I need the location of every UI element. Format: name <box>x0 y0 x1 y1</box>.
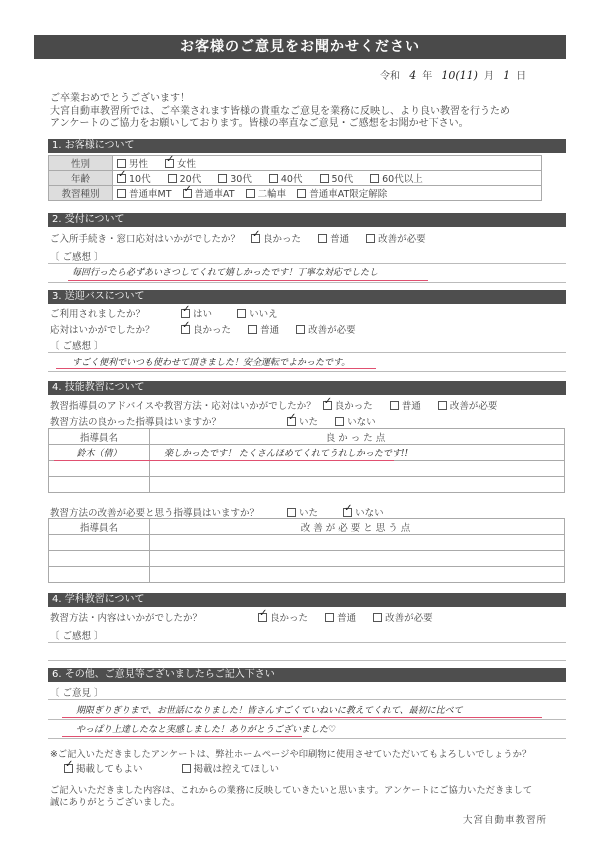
option-label: 良かった <box>263 234 301 245</box>
option-female[interactable]: 女性 <box>165 156 196 170</box>
table-row <box>49 551 565 567</box>
table-row <box>49 461 565 477</box>
option-needs-improvement[interactable]: 改善が必要 <box>296 322 356 336</box>
other-comment-line[interactable]: 期限ぎりぎりまで、お世話になりました！皆さんすごくていねいに教えてくれて、最初に… <box>76 703 463 716</box>
table-header: 指導員名 改善が必要と思う点 <box>49 519 565 535</box>
option-50s[interactable]: 50代 <box>320 171 354 185</box>
checkbox[interactable] <box>182 764 191 773</box>
option-label: いない <box>347 417 376 428</box>
row-label: 年齢 <box>49 171 113 186</box>
option-label: 改善が必要 <box>378 234 426 245</box>
option-label: 良かった <box>335 401 373 412</box>
checkbox[interactable] <box>117 159 126 168</box>
section-3-header: 3. 送迎バスについて <box>48 290 566 304</box>
improvement-point[interactable] <box>150 535 565 551</box>
option-needs-improvement[interactable]: 改善が必要 <box>373 610 433 624</box>
option-male[interactable]: 男性 <box>117 156 148 170</box>
course-options: 普通車MT 普通車AT 二輪車 普通車AT限定解除 <box>113 186 542 201</box>
improvement-point[interactable] <box>150 567 565 583</box>
option-yes[interactable]: いた <box>287 414 318 428</box>
option-60s-plus[interactable]: 60代以上 <box>370 171 423 185</box>
underline-mark <box>62 717 542 718</box>
checkbox-checked[interactable] <box>343 508 352 517</box>
option-yes[interactable]: いた <box>287 505 318 519</box>
checkbox[interactable] <box>335 417 344 426</box>
day-value[interactable]: 1 <box>503 69 510 82</box>
divider <box>48 282 566 283</box>
column-header: 指導員名 <box>49 429 150 445</box>
divider <box>48 263 566 264</box>
table-row <box>49 535 565 551</box>
divider <box>48 719 566 720</box>
section-5-header: 4. 学科教習について <box>48 593 566 607</box>
divider <box>48 699 566 700</box>
option-normal[interactable]: 普通 <box>390 398 421 412</box>
checkbox[interactable] <box>438 401 447 410</box>
option-normal[interactable]: 普通 <box>318 231 349 245</box>
table-row <box>49 477 565 493</box>
question-text: 教習方法の改善が必要と思う指導員はいますか？ <box>50 505 284 519</box>
bus-used-question: ご利用されましたか？ はい いいえ <box>50 306 292 320</box>
option-label: 40代 <box>281 174 303 185</box>
column-header: 指導員名 <box>49 519 150 535</box>
improvement-point[interactable] <box>150 551 565 567</box>
option-normal[interactable]: 普通 <box>248 322 279 336</box>
column-header: 改善が必要と思う点 <box>150 519 565 535</box>
month-value[interactable]: 10(11) <box>441 69 478 82</box>
comment-label: 〔 ご感想 〕 <box>50 338 104 352</box>
closing-line: 誠にありがとうございました。 <box>50 797 532 809</box>
comment-label: 〔 ご意見 〕 <box>50 685 104 699</box>
underline-mark <box>54 460 394 461</box>
checkbox[interactable] <box>370 174 379 183</box>
option-mt[interactable]: 普通車MT <box>117 186 172 200</box>
good-point[interactable] <box>150 477 565 493</box>
question-text: ご入所手続き・窓口応対はいかがでしたか？ <box>50 234 240 245</box>
divider <box>48 371 566 372</box>
other-comment-line[interactable]: やっぱり上達したなと実感しました！ありがとうございました♡ <box>76 722 336 735</box>
gender-options: 男性 女性 <box>113 156 542 171</box>
intro-text: ご卒業おめでとうございます！ 大宮自動車教習所では、ご卒業されます皆様の貴重なご… <box>50 93 510 131</box>
instructor-name[interactable] <box>49 477 150 493</box>
option-needs-improvement[interactable]: 改善が必要 <box>438 398 498 412</box>
form-title: お客様のご意見をお聞かせください <box>34 35 566 59</box>
day-label: 日 <box>516 71 526 82</box>
divider <box>48 660 566 661</box>
option-yes[interactable]: はい <box>181 306 212 320</box>
intro-line: アンケートのご協力をお願いしております。皆様の率直なご意見・ご感想をお聞かせ下さ… <box>50 118 510 131</box>
question-text: 応対はいかがでしたか？ <box>50 322 178 336</box>
option-good[interactable]: 良かった <box>181 322 231 336</box>
instructor-name[interactable] <box>49 567 150 583</box>
reception-question: ご入所手続き・窓口応対はいかがでしたか？ 良かった 普通 改善が必要 <box>50 231 440 245</box>
date: 令和 4年 10(11)月 1日 <box>380 67 526 82</box>
signature: 大宮自動車教習所 <box>463 812 547 826</box>
table-row: 鈴木（倩） 楽しかったです！ たくさんほめてくれてうれしかったです!! <box>49 445 565 461</box>
checkbox-checked[interactable] <box>323 401 332 410</box>
underline-mark <box>62 736 302 737</box>
classroom-question: 教習方法・内容はいかがでしたか？ 良かった 普通 改善が必要 <box>50 610 447 624</box>
checkbox-checked[interactable] <box>64 764 73 773</box>
comment-label: 〔 ご感想 〕 <box>50 249 104 263</box>
option-label: 女性 <box>177 159 196 170</box>
option-label: 普通車MT <box>129 189 172 200</box>
divider <box>48 352 566 353</box>
option-40s[interactable]: 40代 <box>269 171 303 185</box>
option-label: 50代 <box>332 174 354 185</box>
course-row: 教習種別 普通車MT 普通車AT 二輪車 普通車AT限定解除 <box>49 186 542 201</box>
option-needs-improvement[interactable]: 改善が必要 <box>366 231 426 245</box>
option-label: 改善が必要 <box>385 613 433 624</box>
option-label: 掲載してもよい <box>76 764 143 775</box>
option-label: 普通 <box>337 613 356 624</box>
checkbox[interactable] <box>320 174 329 183</box>
checkbox-checked[interactable] <box>251 234 260 243</box>
good-instructor-question: 教習方法の良かった指導員はいますか？ いた いない <box>50 414 390 428</box>
divider <box>48 738 566 739</box>
checkbox[interactable] <box>168 174 177 183</box>
table-header: 指導員名 良かった点 <box>49 429 565 445</box>
closing-text: ご記入いただきました内容は、これからの業務に反映していきたいと思います。アンケー… <box>50 785 532 809</box>
consent-question: ※ご記入いただきましたアンケートは、弊社ホームページや印刷物に使用させていただい… <box>50 746 531 760</box>
improve-instructor-table: 指導員名 改善が必要と思う点 <box>48 518 565 583</box>
reception-comment[interactable]: 毎回行ったら必ずあいさつしてくれて嬉しかったです！丁寧な対応でしたし <box>72 265 378 278</box>
section-6-header: 6. その他、ご意見等ございましたらご記入下さい <box>48 668 566 682</box>
checkbox-checked[interactable] <box>183 189 192 198</box>
checkbox[interactable] <box>248 325 257 334</box>
checkbox[interactable] <box>237 309 246 318</box>
age-row: 年齢 10代 20代 30代 40代 50代 60代以上 <box>49 171 542 186</box>
option-label: 普通 <box>260 325 279 336</box>
instructor-name[interactable]: 鈴木（倩） <box>49 445 150 461</box>
option-label: 60代以上 <box>382 174 423 185</box>
checkbox-checked[interactable] <box>181 325 190 334</box>
option-label: 掲載は控えてほしい <box>194 764 280 775</box>
option-decline[interactable]: 掲載は控えてほしい <box>182 761 280 775</box>
option-label: 改善が必要 <box>308 325 356 336</box>
comment-label: 〔 ご感想 〕 <box>50 628 104 642</box>
month-label: 月 <box>484 71 494 82</box>
option-label: 普通車AT <box>195 189 235 200</box>
underline-mark <box>68 280 428 281</box>
option-motorcycle[interactable]: 二輪車 <box>246 186 287 200</box>
question-text: 教習方法の良かった指導員はいますか？ <box>50 414 284 428</box>
option-no[interactable]: いいえ <box>237 306 278 320</box>
checkbox[interactable] <box>318 234 327 243</box>
checkbox[interactable] <box>269 174 278 183</box>
option-label: 30代 <box>230 174 252 185</box>
year-label: 年 <box>422 71 432 82</box>
option-label: 二輪車 <box>258 189 287 200</box>
checkbox[interactable] <box>296 325 305 334</box>
option-30s[interactable]: 30代 <box>218 171 252 185</box>
checkbox-checked[interactable] <box>165 159 174 168</box>
bus-comment[interactable]: すごく便利でいつも使わせて頂きました！安全運転でよかったです。 <box>72 355 350 368</box>
consent-options: 掲載してもよい 掲載は控えてほしい <box>64 761 293 775</box>
option-normal[interactable]: 普通 <box>325 610 356 624</box>
option-at[interactable]: 普通車AT <box>183 186 235 200</box>
option-no[interactable]: いない <box>335 414 376 428</box>
checkbox[interactable] <box>117 189 126 198</box>
section-2-header: 2. 受付について <box>48 213 566 227</box>
checkbox-checked[interactable] <box>287 417 296 426</box>
option-allow[interactable]: 掲載してもよい <box>64 761 143 775</box>
option-label: 普通 <box>402 401 421 412</box>
option-at-release[interactable]: 普通車AT限定解除 <box>297 186 387 200</box>
option-good[interactable]: 良かった <box>258 610 308 624</box>
option-good[interactable]: 良かった <box>323 398 373 412</box>
option-label: はい <box>193 309 212 320</box>
option-label: 10代 <box>129 174 151 185</box>
option-label: 男性 <box>129 159 148 170</box>
underline-mark <box>56 368 376 369</box>
checkbox[interactable] <box>390 401 399 410</box>
row-label: 教習種別 <box>49 186 113 201</box>
checkbox-checked[interactable] <box>258 613 267 622</box>
checkbox[interactable] <box>287 508 296 517</box>
checkbox-checked[interactable] <box>181 309 190 318</box>
option-good[interactable]: 良かった <box>251 231 301 245</box>
improve-instructor-question: 教習方法の改善が必要と思う指導員はいますか？ いた いない <box>50 505 398 519</box>
closing-line: ご記入いただきました内容は、これからの業務に反映していきたいと思います。アンケー… <box>50 785 532 797</box>
question-text: 教習方法・内容はいかがでしたか？ <box>50 610 255 624</box>
column-header: 良かった点 <box>150 429 565 445</box>
bus-service-question: 応対はいかがでしたか？ 良かった 普通 改善が必要 <box>50 322 370 336</box>
row-label: 性別 <box>49 156 113 171</box>
table-row <box>49 567 565 583</box>
checkbox-checked[interactable] <box>117 174 126 183</box>
instructor-name[interactable] <box>49 535 150 551</box>
option-label: 良かった <box>270 613 308 624</box>
checkbox[interactable] <box>366 234 375 243</box>
divider <box>48 642 566 643</box>
checkbox[interactable] <box>246 189 255 198</box>
instructor-name[interactable] <box>49 551 150 567</box>
era: 令和 <box>380 71 400 82</box>
age-options: 10代 20代 30代 40代 50代 60代以上 <box>113 171 542 186</box>
intro-line: 大宮自動車教習所では、ご卒業されます皆様の貴重なご意見を業務に反映し、より良い教… <box>50 106 510 119</box>
option-label: いいえ <box>249 309 278 320</box>
section-4-header: 4. 技能教習について <box>48 381 566 395</box>
option-label: 普通 <box>330 234 349 245</box>
good-point[interactable]: 楽しかったです！ たくさんほめてくれてうれしかったです!! <box>150 445 565 461</box>
good-point[interactable] <box>150 461 565 477</box>
option-20s[interactable]: 20代 <box>168 171 202 185</box>
checkbox[interactable] <box>218 174 227 183</box>
checkbox[interactable] <box>297 189 306 198</box>
checkbox[interactable] <box>325 613 334 622</box>
option-no[interactable]: いない <box>343 505 384 519</box>
section-1-header: 1. お客様について <box>48 139 566 153</box>
instructor-question: 教習指導員のアドバイスや教習方法・応対はいかがでしたか？ 良かった 普通 改善が… <box>50 398 511 412</box>
option-label: 改善が必要 <box>450 401 498 412</box>
option-label: いた <box>299 417 318 428</box>
customer-info-table: 性別 男性 女性 年齢 10代 20代 30代 40代 50代 60代以上 教習… <box>48 155 542 201</box>
question-text: 教習指導員のアドバイスや教習方法・応対はいかがでしたか？ <box>50 401 316 412</box>
option-10s[interactable]: 10代 <box>117 171 151 185</box>
year-value[interactable]: 4 <box>409 69 416 82</box>
question-text: ご利用されましたか？ <box>50 306 178 320</box>
checkbox[interactable] <box>373 613 382 622</box>
option-label: 良かった <box>193 325 231 336</box>
intro-line: ご卒業おめでとうございます！ <box>50 93 510 106</box>
instructor-name[interactable] <box>49 461 150 477</box>
option-label: 普通車AT限定解除 <box>309 189 387 200</box>
